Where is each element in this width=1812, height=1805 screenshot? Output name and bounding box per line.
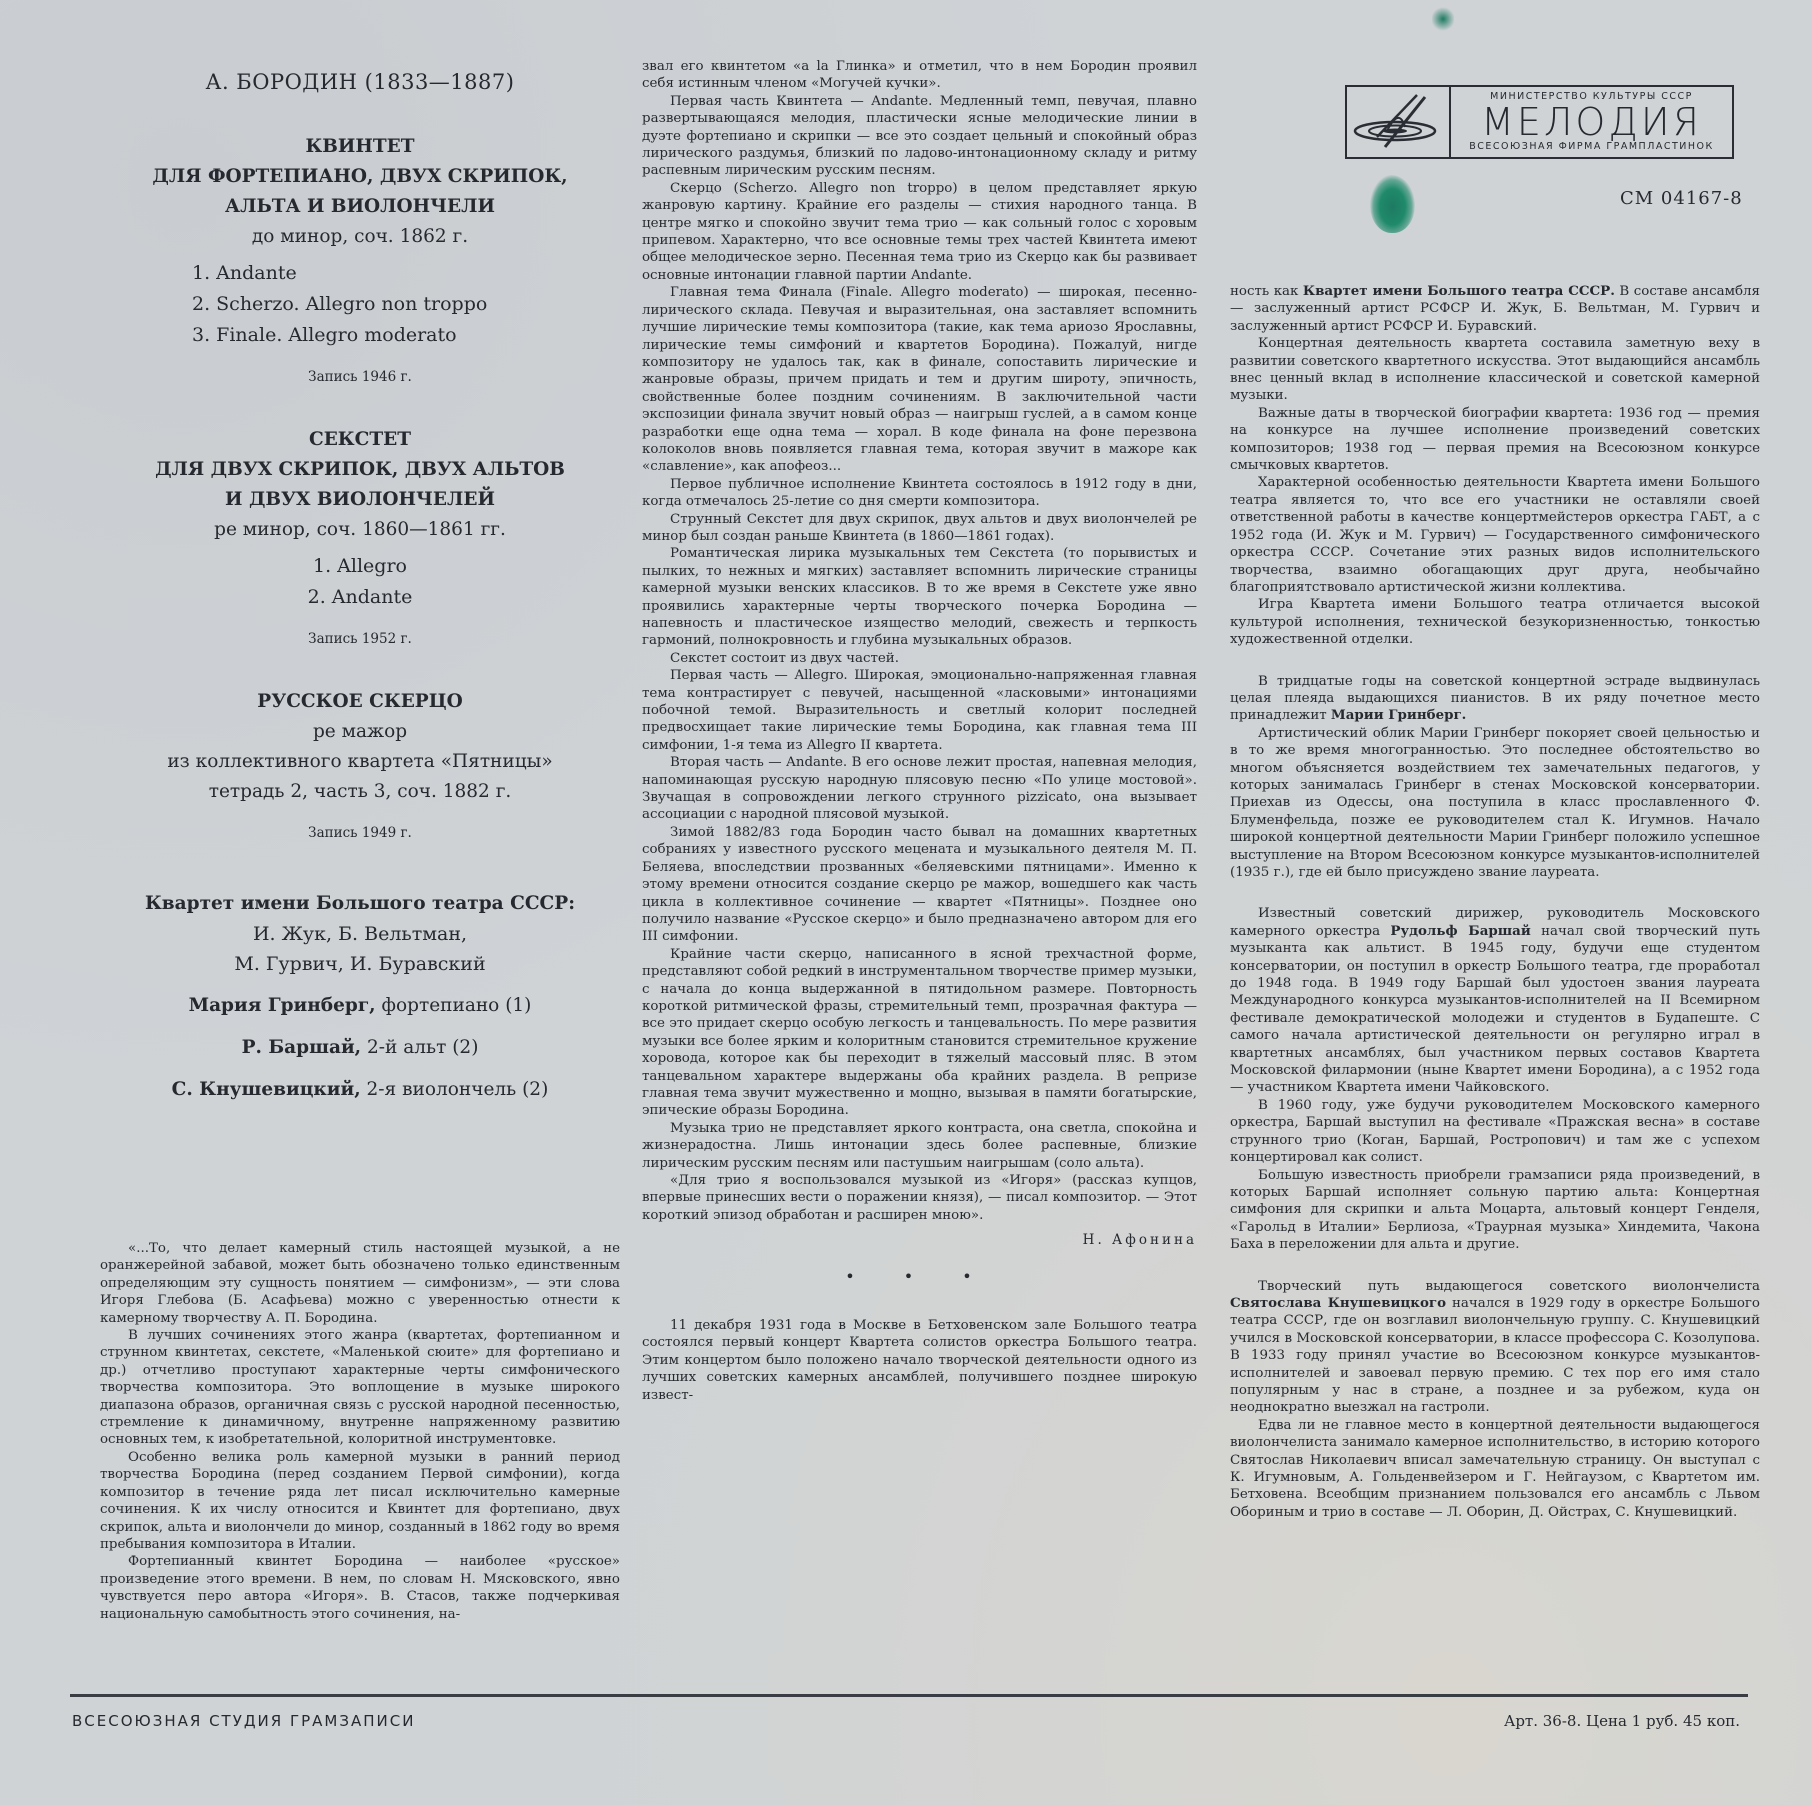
movement-list: 1. Allegro 2. Andante xyxy=(100,551,620,613)
work-opus: тетрадь 2, часть 3, соч. 1882 г. xyxy=(100,777,620,807)
logo-text: МИНИСТЕРСТВО КУЛЬТУРЫ СССР МЕЛОДИЯ ВСЕСО… xyxy=(1451,87,1732,157)
essay-paragraph: Романтическая лирика музыкальных тем Сек… xyxy=(642,545,1197,649)
essay-author: Н. Афонина xyxy=(642,1232,1197,1249)
essay-left: «...То, что делает камерный стиль настоя… xyxy=(100,1240,620,1623)
essay-section: Известный советский дирижер, руководител… xyxy=(1230,905,1760,1253)
essay-section: ность как Квартет имени Большого театра … xyxy=(1230,283,1760,649)
logo-brand: МЕЛОДИЯ xyxy=(1481,103,1702,141)
recording-year: Запись 1946 г. xyxy=(100,369,620,385)
ensemble-members: И. Жук, Б. Вельтман, xyxy=(100,919,620,949)
footer-divider xyxy=(70,1694,1748,1697)
work-title: ДЛЯ ФОРТЕПИАНО, ДВУХ СКРИПОК, xyxy=(100,162,620,192)
essay-paragraph: «Для трио я воспользовался музыкой из «И… xyxy=(642,1172,1197,1224)
work-title: ДЛЯ ДВУХ СКРИПОК, ДВУХ АЛЬТОВ xyxy=(100,455,620,485)
essay-middle: звал его квинтетом «a la Глинка» и отмет… xyxy=(642,58,1197,1404)
essay-paragraph: Игра Квартета имени Большого театра отли… xyxy=(1230,596,1760,648)
movement: 2. Scherzo. Allegro non troppo xyxy=(192,289,620,320)
essay-middle-paragraphs: звал его квинтетом «a la Глинка» и отмет… xyxy=(642,58,1197,1224)
work-key: ре мажор xyxy=(100,717,620,747)
essay-paragraph: 11 декабря 1931 года в Москве в Бетховен… xyxy=(642,1317,1197,1404)
work-title: РУССКОЕ СКЕРЦО xyxy=(100,687,620,717)
work-key: ре минор, соч. 1860—1861 гг. xyxy=(100,515,620,545)
essay-paragraph: звал его квинтетом «a la Глинка» и отмет… xyxy=(642,58,1197,93)
work-title: АЛЬТА И ВИОЛОНЧЕЛИ xyxy=(100,192,620,222)
essay-paragraph: ность как Квартет имени Большого театра … xyxy=(1230,283,1760,335)
essay-right: ность как Квартет имени Большого театра … xyxy=(1230,283,1760,1521)
soloist-name: С. Кнушевицкий, xyxy=(172,1079,361,1100)
essay-paragraph: Крайние части скерцо, написанного в ясно… xyxy=(642,946,1197,1120)
essay-paragraph: Первая часть Квинтета — Andante. Медленн… xyxy=(642,93,1197,180)
studio-name: ВСЕСОЮЗНАЯ СТУДИЯ ГРАМЗАПИСИ xyxy=(72,1712,415,1730)
essay-paragraph: Едва ли не главное место в концертной де… xyxy=(1230,1417,1760,1521)
movement: 2. Andante xyxy=(100,582,620,613)
soloist-role: фортепиано (1) xyxy=(382,995,532,1016)
essay-paragraph: Струнный Секстет для двух скрипок, двух … xyxy=(642,511,1197,546)
essay-paragraph: Характерной особенностью деятельности Кв… xyxy=(1230,474,1760,596)
essay-paragraph: Первое публичное исполнение Квинтета сос… xyxy=(642,476,1197,511)
recording-year: Запись 1952 г. xyxy=(100,631,620,647)
essay-paragraph: Большую известность приобрели грамзаписи… xyxy=(1230,1167,1760,1254)
work-title: КВИНТЕТ xyxy=(100,132,620,162)
essay-paragraph: Секстет состоит из двух частей. xyxy=(642,650,1197,667)
program-column: А. БОРОДИН (1833—1887) КВИНТЕТ ДЛЯ ФОРТЕ… xyxy=(100,70,620,1105)
essay-section: В тридцатые годы на советской концертной… xyxy=(1230,673,1760,882)
section-separator: • • • xyxy=(642,1268,1197,1285)
work-source: из коллективного квартета «Пятницы» xyxy=(100,747,620,777)
movement: 3. Finale. Allegro moderato xyxy=(192,320,620,351)
essay-section: Творческий путь выдающегося советского в… xyxy=(1230,1278,1760,1522)
melodiya-emblem-icon xyxy=(1347,87,1451,157)
essay-middle-after: 11 декабря 1931 года в Москве в Бетховен… xyxy=(642,1317,1197,1404)
ensemble-members: М. Гурвич, И. Буравский xyxy=(100,949,620,979)
soloist: Р. Баршай, 2-й альт (2) xyxy=(100,1033,620,1063)
movement-list: 1. Andante 2. Scherzo. Allegro non tropp… xyxy=(100,258,620,351)
movement: 1. Allegro xyxy=(100,551,620,582)
soloist-name: Мария Гринберг, xyxy=(189,995,376,1016)
essay-paragraph: Главная тема Финала (Finale. Allegro mod… xyxy=(642,284,1197,475)
essay-paragraph: Зимой 1882/83 года Бородин часто бывал н… xyxy=(642,824,1197,946)
performers: Квартет имени Большого театра СССР: И. Ж… xyxy=(100,889,620,1105)
movement: 1. Andante xyxy=(192,258,620,289)
soloist-role: 2-й альт (2) xyxy=(367,1037,478,1058)
essay-paragraph: Артистический облик Марии Гринберг покор… xyxy=(1230,725,1760,882)
essay-paragraph: Концертная деятельность квартета состави… xyxy=(1230,335,1760,405)
essay-paragraph: Важные даты в творческой биографии кварт… xyxy=(1230,405,1760,475)
essay-paragraph: Музыка трио не представляет яркого контр… xyxy=(642,1120,1197,1172)
melodiya-logo: МИНИСТЕРСТВО КУЛЬТУРЫ СССР МЕЛОДИЯ ВСЕСО… xyxy=(1345,85,1734,159)
work-sextet: СЕКСТЕТ ДЛЯ ДВУХ СКРИПОК, ДВУХ АЛЬТОВ И … xyxy=(100,425,620,647)
work-key: до минор, соч. 1862 г. xyxy=(100,222,620,252)
work-russian-scherzo: РУССКОЕ СКЕРЦО ре мажор из коллективного… xyxy=(100,687,620,841)
work-title: И ДВУХ ВИОЛОНЧЕЛЕЙ xyxy=(100,485,620,515)
soloist: Мария Гринберг, фортепиано (1) xyxy=(100,991,620,1021)
essay-paragraph: В тридцатые годы на советской концертной… xyxy=(1230,673,1760,725)
ink-stain xyxy=(1370,175,1415,233)
logo-firm: ВСЕСОЮЗНАЯ ФИРМА ГРАМПЛАСТИНОК xyxy=(1469,141,1714,153)
composer-heading: А. БОРОДИН (1833—1887) xyxy=(100,70,620,94)
ensemble-name: Квартет имени Большого театра СССР: xyxy=(100,889,620,919)
essay-paragraph: Известный советский дирижер, руководител… xyxy=(1230,905,1760,1096)
essay-paragraph: В 1960 году, уже будучи руководителем Мо… xyxy=(1230,1097,1760,1167)
price-info: Арт. 36-8. Цена 1 руб. 45 коп. xyxy=(1504,1712,1740,1730)
essay-paragraph: Вторая часть — Andante. В его основе леж… xyxy=(642,754,1197,824)
work-quintet: КВИНТЕТ ДЛЯ ФОРТЕПИАНО, ДВУХ СКРИПОК, АЛ… xyxy=(100,132,620,385)
essay-paragraph: В лучших сочинениях этого жанра (квартет… xyxy=(100,1327,620,1449)
recording-year: Запись 1949 г. xyxy=(100,825,620,841)
essay-paragraph: Первая часть — Allegro. Широкая, эмоцион… xyxy=(642,667,1197,754)
ink-stain xyxy=(1432,6,1454,32)
essay-paragraph: Творческий путь выдающегося советского в… xyxy=(1230,1278,1760,1417)
essay-paragraph: «...То, что делает камерный стиль настоя… xyxy=(100,1240,620,1327)
soloist-name: Р. Баршай, xyxy=(242,1037,362,1058)
catalog-number: СМ 04167-8 xyxy=(1620,188,1743,209)
soloist: С. Кнушевицкий, 2-я виолончель (2) xyxy=(100,1075,620,1105)
essay-paragraph: Скерцо (Scherzo. Allegro non troppo) в ц… xyxy=(642,180,1197,284)
work-title: СЕКСТЕТ xyxy=(100,425,620,455)
essay-paragraph: Особенно велика роль камерной музыки в р… xyxy=(100,1449,620,1553)
essay-paragraph: Фортепианный квинтет Бородина — наиболее… xyxy=(100,1553,620,1623)
soloist-role: 2-я виолончель (2) xyxy=(367,1079,549,1100)
